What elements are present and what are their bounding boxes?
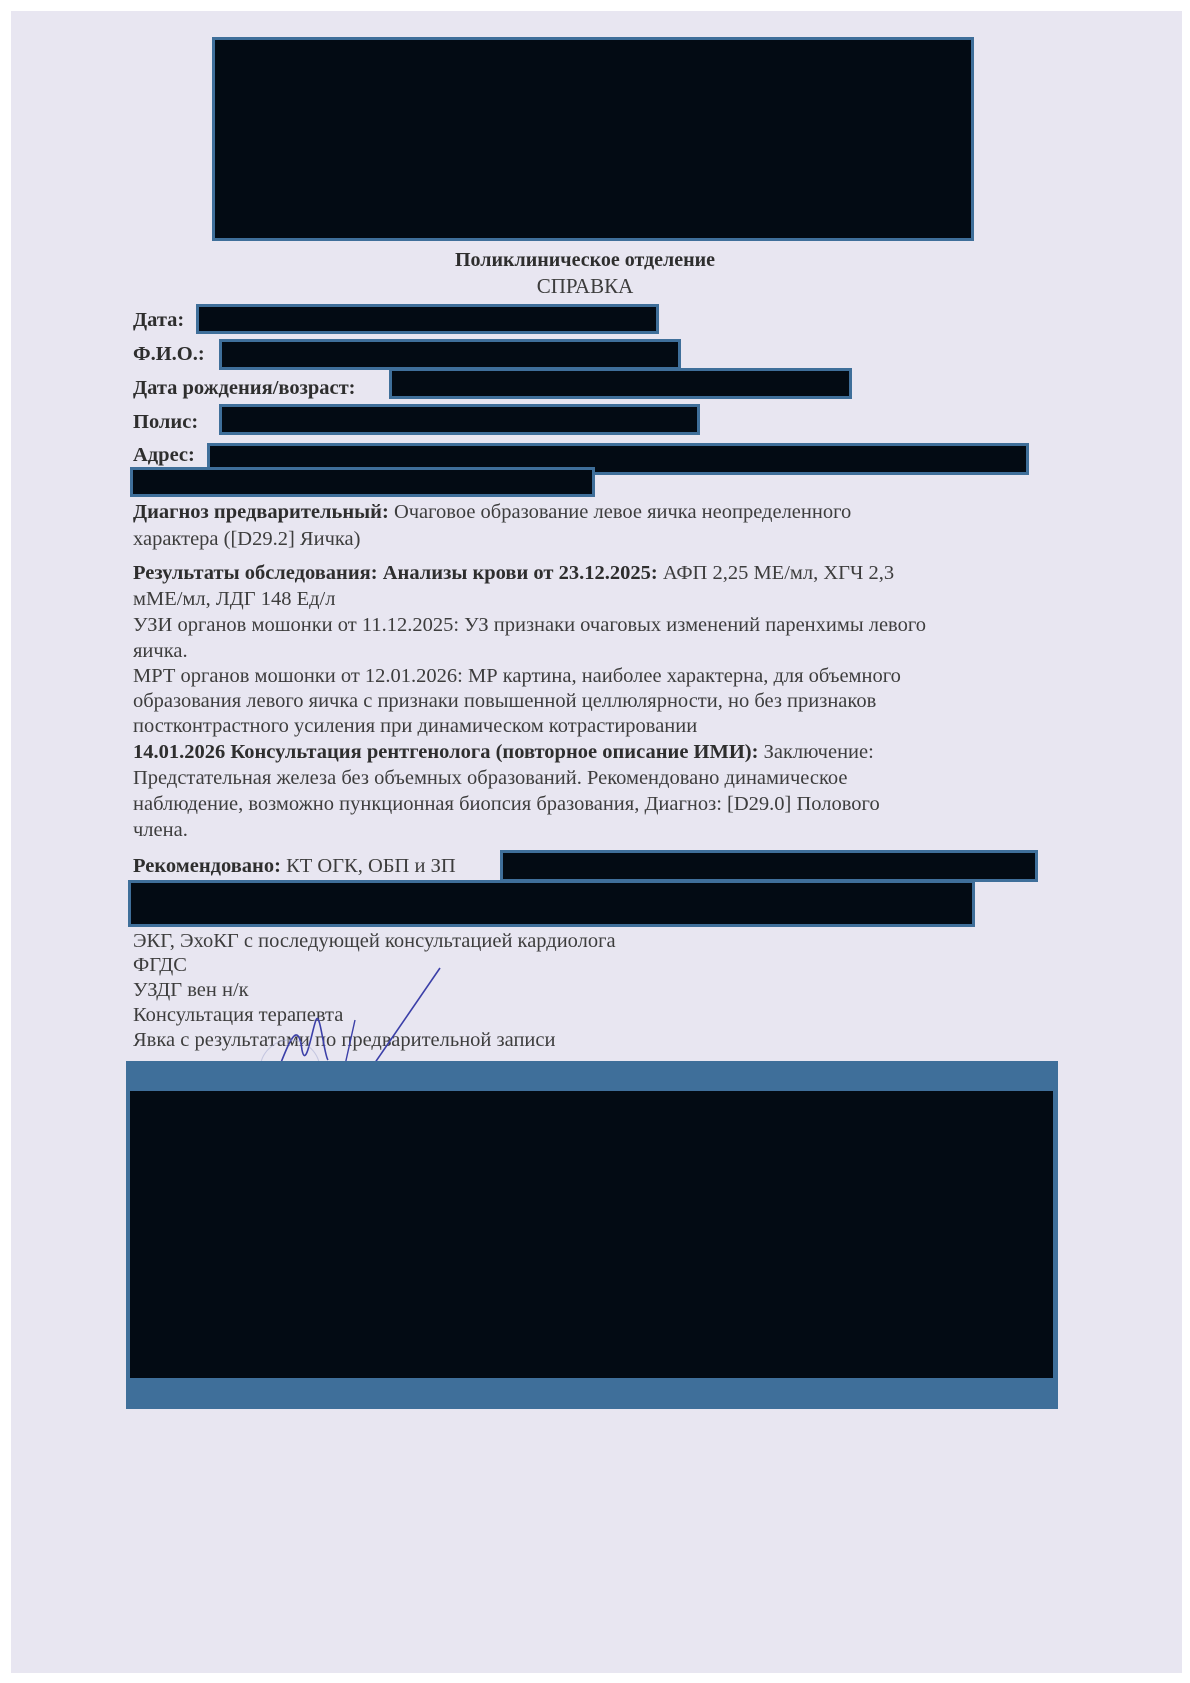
redacted-footer: [126, 1061, 1058, 1409]
document-type-title: СПРАВКА: [300, 274, 870, 298]
address-label: Адрес:: [133, 443, 195, 467]
consult-label: 14.01.2026 Консультация рентгенолога (по…: [133, 741, 758, 763]
recommended-line: Рекомендовано: КТ ОГК, ОБП и ЗП: [133, 854, 456, 878]
uzi-line-2: яичка.: [133, 639, 188, 663]
redacted-recommendation-1: [500, 850, 1038, 882]
redacted-address-2: [130, 467, 595, 497]
policy-label: Полис:: [133, 410, 198, 434]
date-label: Дата:: [133, 308, 184, 332]
uzi-line-1: УЗИ органов мошонки от 11.12.2025: УЗ пр…: [133, 613, 926, 637]
recommended-item: ЭКГ, ЭхоКГ с последующей консультацией к…: [133, 929, 616, 953]
consult-line-2: Предстательная железа без объемных образ…: [133, 766, 848, 790]
blood-test-values-2: мМЕ/мл, ЛДГ 148 Ед/л: [133, 587, 336, 611]
consult-line-1: 14.01.2026 Консультация рентгенолога (по…: [133, 740, 874, 764]
recommended-label: Рекомендовано:: [133, 855, 281, 877]
mrt-line-2: образования левого яичка с признаки повы…: [133, 689, 876, 713]
redacted-date: [196, 304, 659, 334]
consult-line-4: члена.: [133, 818, 188, 842]
name-label: Ф.И.О.:: [133, 342, 205, 366]
redacted-header: [212, 37, 974, 241]
blood-test-label: Анализы крови от 23.12.2025:: [383, 562, 658, 584]
mrt-line-3: постконтрастного усиления при динамическ…: [133, 714, 697, 738]
redacted-recommendation-2: [128, 880, 975, 927]
consult-conclusion-label: Заключение:: [764, 741, 874, 763]
mrt-line-1: МРТ органов мошонки от 12.01.2026: МР ка…: [133, 664, 901, 688]
diagnosis-label: Диагноз предварительный:: [133, 501, 389, 523]
signature-icon: [220, 960, 460, 1070]
recommended-item: ФГДС: [133, 953, 187, 977]
department-title: Поликлиническое отделение: [300, 248, 870, 272]
consult-line-3: наблюдение, возможно пункционная биопсия…: [133, 792, 880, 816]
diagnosis-text: Очаговое образование левое яичка неопред…: [394, 501, 851, 523]
diagnosis-line-2: характера ([D29.2] Яичка): [133, 527, 360, 551]
blood-test-values: АФП 2,25 МЕ/мл, ХГЧ 2,3: [663, 562, 894, 584]
redacted-name: [219, 339, 681, 370]
redacted-policy: [219, 404, 700, 435]
diagnosis-line-1: Диагноз предварительный: Очаговое образо…: [133, 500, 851, 524]
redacted-dob: [389, 368, 852, 399]
results-line-1: Результаты обследования: Анализы крови о…: [133, 561, 894, 585]
recommended-text: КТ ОГК, ОБП и ЗП: [286, 855, 456, 877]
results-label: Результаты обследования:: [133, 562, 378, 584]
dob-label: Дата рождения/возраст:: [133, 376, 355, 400]
